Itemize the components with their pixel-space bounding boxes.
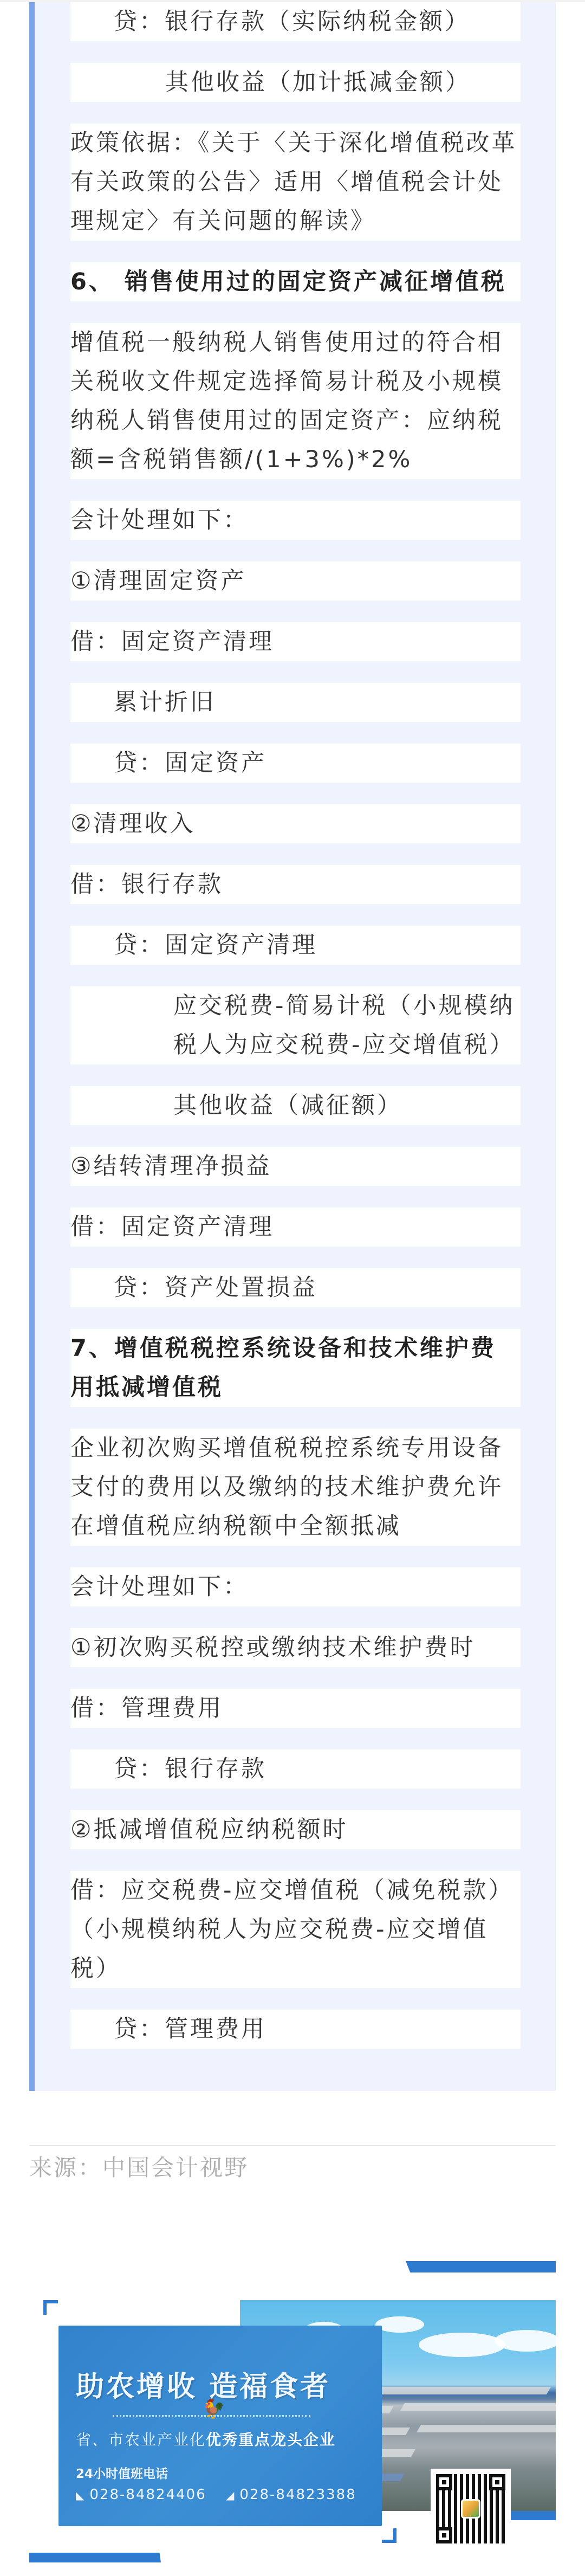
- qr-code[interactable]: [431, 2469, 511, 2549]
- duck-icon: ◣: [76, 2489, 85, 2502]
- ad-banner[interactable]: 助农增收 造福食者 🐓 省、市农业产业化优秀重点龙头企业 24小时值班电话 ◣0…: [0, 2249, 585, 2576]
- paragraph-block: 借：固定资产清理: [70, 622, 521, 661]
- phone-number-2: 028-84823388: [239, 2487, 356, 2503]
- phone-1[interactable]: ◣028-84824406: [76, 2487, 206, 2503]
- paragraph-block: 应交税费-简易计税（小规模纳税人为应交税费-应交增值税）: [70, 986, 521, 1064]
- rooster-icon: 🐓: [202, 2400, 225, 2418]
- paragraph-block: 借：银行存款: [70, 865, 521, 904]
- paragraph-block: 政策依据：《关于〈关于深化增值税改革有关政策的公告〉适用〈增值税会计处理规定〉有…: [70, 124, 521, 241]
- promo-card: 助农增收 造福食者 🐓 省、市农业产业化优秀重点龙头企业 24小时值班电话 ◣0…: [58, 2326, 382, 2526]
- hotline-label: 24小时值班电话: [76, 2464, 168, 2482]
- section-heading: 7、增值税税控系统设备和技术维护费用抵减增值税: [70, 1329, 521, 1407]
- paragraph-block: 会计处理如下：: [70, 1567, 521, 1606]
- barn-roof: [400, 2403, 556, 2411]
- paragraph-block: ①清理固定资产: [70, 561, 521, 601]
- section-heading: 6、 销售使用过的固定资产减征增值税: [70, 262, 521, 301]
- phone-number-1: 028-84824406: [89, 2487, 206, 2503]
- decor-strip-top-right: [406, 2261, 556, 2272]
- paragraph-block: 借：固定资产清理: [70, 1208, 521, 1247]
- cloud: [495, 2330, 556, 2352]
- paragraph-block: 贷：银行存款: [70, 1749, 521, 1789]
- source-divider: [29, 2145, 556, 2146]
- cloud: [419, 2333, 505, 2357]
- qr-finder: [489, 2474, 505, 2490]
- qr-pattern: [436, 2474, 505, 2543]
- subtitle-bold: 优秀重点龙头企业: [206, 2431, 336, 2449]
- paragraph-block: 会计处理如下：: [70, 501, 521, 540]
- cloud: [375, 2316, 424, 2333]
- barn-roof: [373, 2387, 551, 2394]
- banner-subtitle: 省、市农业产业化优秀重点龙头企业: [76, 2428, 336, 2450]
- article-blocks: 贷：银行存款（实际纳税金额）其他收益（加计抵减金额）政策依据：《关于〈关于深化增…: [70, 2, 521, 2070]
- paragraph-block: ①初次购买税控或缴纳技术维护费时: [70, 1628, 521, 1667]
- divider-decoration: 🐓: [113, 2404, 310, 2420]
- paragraph-block: ③结转清理净损益: [70, 1147, 521, 1186]
- paragraph-block: 其他收益（加计抵减金额）: [70, 63, 521, 102]
- decor-strip-bottom-left: [29, 2553, 161, 2562]
- rabbit-icon: ◢: [226, 2489, 235, 2502]
- phone-list: ◣028-84824406 ◢028-84823388: [76, 2487, 370, 2503]
- phone-2[interactable]: ◢028-84823388: [226, 2487, 356, 2503]
- corner-bracket-bottom-right: [382, 2528, 396, 2543]
- source-text: 来源：中国会计视野: [29, 2153, 249, 2183]
- paragraph-block: 借：管理费用: [70, 1689, 521, 1728]
- subtitle-normal: 省、市农业产业化: [76, 2431, 206, 2449]
- corner-bracket-top-left: [43, 2300, 58, 2315]
- barn-roof: [417, 2425, 556, 2432]
- paragraph-block: 其他收益（减征额）: [70, 1086, 521, 1125]
- paragraph-block: 贷：资产处置损益: [70, 1268, 521, 1307]
- quote-box: 贷：银行存款（实际纳税金额）其他收益（加计抵减金额）政策依据：《关于〈关于深化增…: [29, 2, 556, 2091]
- paragraph-block: 增值税一般纳税人销售使用过的符合相关税收文件规定选择简易计税及小规模纳税人销售使…: [70, 323, 521, 479]
- paragraph-block: 累计折旧: [70, 683, 521, 722]
- paragraph-block: 贷：管理费用: [70, 2010, 521, 2049]
- paragraph-block: 贷：固定资产: [70, 744, 521, 783]
- paragraph-block: 借：应交税费-应交增值税（减免税款）（小规模纳税人为应交税费-应交增值税）: [70, 1871, 521, 1988]
- paragraph-block: 贷：固定资产清理: [70, 926, 521, 965]
- qr-finder: [436, 2527, 452, 2543]
- paragraph-block: ②清理收入: [70, 804, 521, 843]
- qr-finder: [436, 2474, 452, 2490]
- decor-strip-photo: [511, 2511, 556, 2520]
- paragraph-block: ②抵减增值税应纳税额时: [70, 1810, 521, 1849]
- paragraph-block: 企业初次购买增值税税控系统专用设备支付的费用以及缴纳的技术维护费允许在增值税应纳…: [70, 1429, 521, 1546]
- qr-logo-icon: [461, 2499, 480, 2519]
- paragraph-block: 贷：银行存款（实际纳税金额）: [70, 2, 521, 41]
